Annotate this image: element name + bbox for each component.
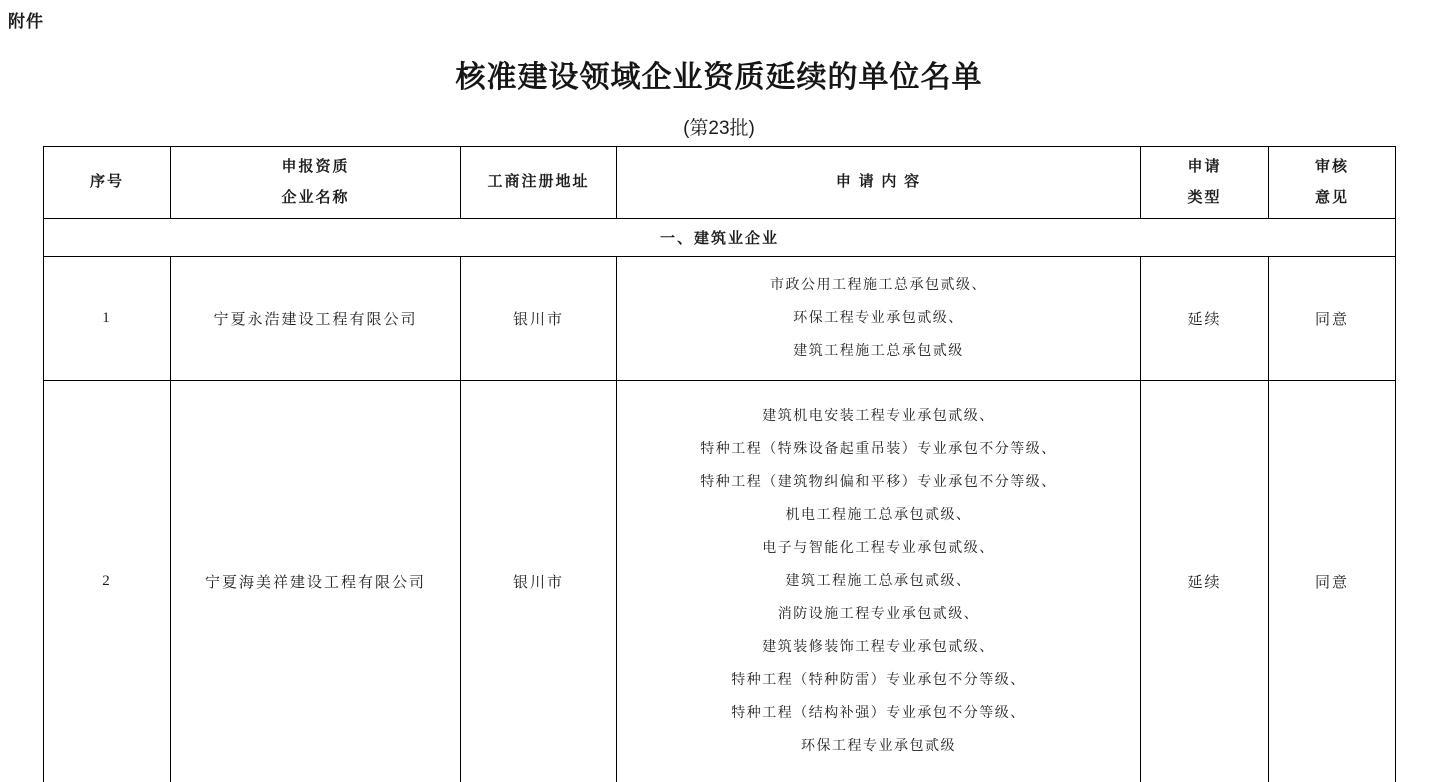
header-company-line1: 申报资质: [171, 152, 460, 183]
row1-review-opinion: 同意: [1269, 257, 1396, 381]
row2-company-name: 宁夏海美祥建设工程有限公司: [171, 381, 461, 782]
content-line: 环保工程专业承包贰级、: [617, 302, 1140, 335]
document-title: 核准建设领域企业资质延续的单位名单: [0, 52, 1438, 96]
content-line: 特种工程（特殊设备起重吊装）专业承包不分等级、: [617, 433, 1140, 466]
content-line: 特种工程（特种防雷）专业承包不分等级、: [617, 664, 1140, 697]
header-review: 审核 意见: [1269, 147, 1396, 219]
content-line: 电子与智能化工程专业承包贰级、: [617, 532, 1140, 565]
header-company-line2: 企业名称: [171, 183, 460, 214]
row1-application-content: 市政公用工程施工总承包贰级、环保工程专业承包贰级、建筑工程施工总承包贰级: [617, 257, 1141, 381]
content-line: 消防设施工程专业承包贰级、: [617, 598, 1140, 631]
row1-apply-type: 延续: [1141, 257, 1269, 381]
content-line: 建筑装修装饰工程专业承包贰级、: [617, 631, 1140, 664]
header-apply-type-line1: 申请: [1141, 152, 1268, 183]
content-line: 建筑工程施工总承包贰级: [617, 335, 1140, 368]
header-apply-type-line2: 类型: [1141, 183, 1268, 214]
approval-table: 序号 申报资质 企业名称 工商注册地址 申 请 内 容 申请 类型 审核 意见 …: [43, 146, 1396, 782]
table-header-row: 序号 申报资质 企业名称 工商注册地址 申 请 内 容 申请 类型 审核 意见: [44, 147, 1396, 219]
content-line: 特种工程（建筑物纠偏和平移）专业承包不分等级、: [617, 466, 1140, 499]
table-row: 1 宁夏永浩建设工程有限公司 银川市 市政公用工程施工总承包贰级、环保工程专业承…: [44, 257, 1396, 381]
header-seq-label: 序号: [44, 167, 170, 198]
section-row: 一、建筑业企业: [44, 219, 1396, 257]
row2-apply-type: 延续: [1141, 381, 1269, 782]
content-line: 机电工程施工总承包贰级、: [617, 499, 1140, 532]
content-line: 市政公用工程施工总承包贰级、: [617, 269, 1140, 302]
header-review-line2: 意见: [1269, 183, 1395, 214]
header-content-label: 申 请 内 容: [617, 167, 1140, 198]
row1-seq: 1: [44, 257, 171, 381]
row2-seq: 2: [44, 381, 171, 782]
row2-registered-address: 银川市: [461, 381, 617, 782]
header-review-line1: 审核: [1269, 152, 1395, 183]
row2-content-lines: 建筑机电安装工程专业承包贰级、特种工程（特殊设备起重吊装）专业承包不分等级、特种…: [617, 400, 1140, 763]
document-page: 附件 核准建设领域企业资质延续的单位名单 (第23批) 序号 申报资质 企业名称…: [0, 0, 1438, 782]
content-line: 特种工程（结构补强）专业承包不分等级、: [617, 697, 1140, 730]
content-line: 建筑工程施工总承包贰级、: [617, 565, 1140, 598]
row2-application-content: 建筑机电安装工程专业承包贰级、特种工程（特殊设备起重吊装）专业承包不分等级、特种…: [617, 381, 1141, 782]
header-apply-type: 申请 类型: [1141, 147, 1269, 219]
section-title: 一、建筑业企业: [44, 219, 1396, 257]
attachment-label: 附件: [8, 7, 44, 32]
content-line: 建筑机电安装工程专业承包贰级、: [617, 400, 1140, 433]
row1-content-lines: 市政公用工程施工总承包贰级、环保工程专业承包贰级、建筑工程施工总承包贰级: [617, 269, 1140, 368]
header-address-label: 工商注册地址: [461, 167, 616, 198]
row1-company-name: 宁夏永浩建设工程有限公司: [171, 257, 461, 381]
header-content: 申 请 内 容: [617, 147, 1141, 219]
content-line: 环保工程专业承包贰级: [617, 730, 1140, 763]
batch-subtitle: (第23批): [0, 113, 1438, 140]
row1-registered-address: 银川市: [461, 257, 617, 381]
header-seq: 序号: [44, 147, 171, 219]
header-address: 工商注册地址: [461, 147, 617, 219]
header-company: 申报资质 企业名称: [171, 147, 461, 219]
row2-review-opinion: 同意: [1269, 381, 1396, 782]
table-row: 2 宁夏海美祥建设工程有限公司 银川市 建筑机电安装工程专业承包贰级、特种工程（…: [44, 381, 1396, 782]
